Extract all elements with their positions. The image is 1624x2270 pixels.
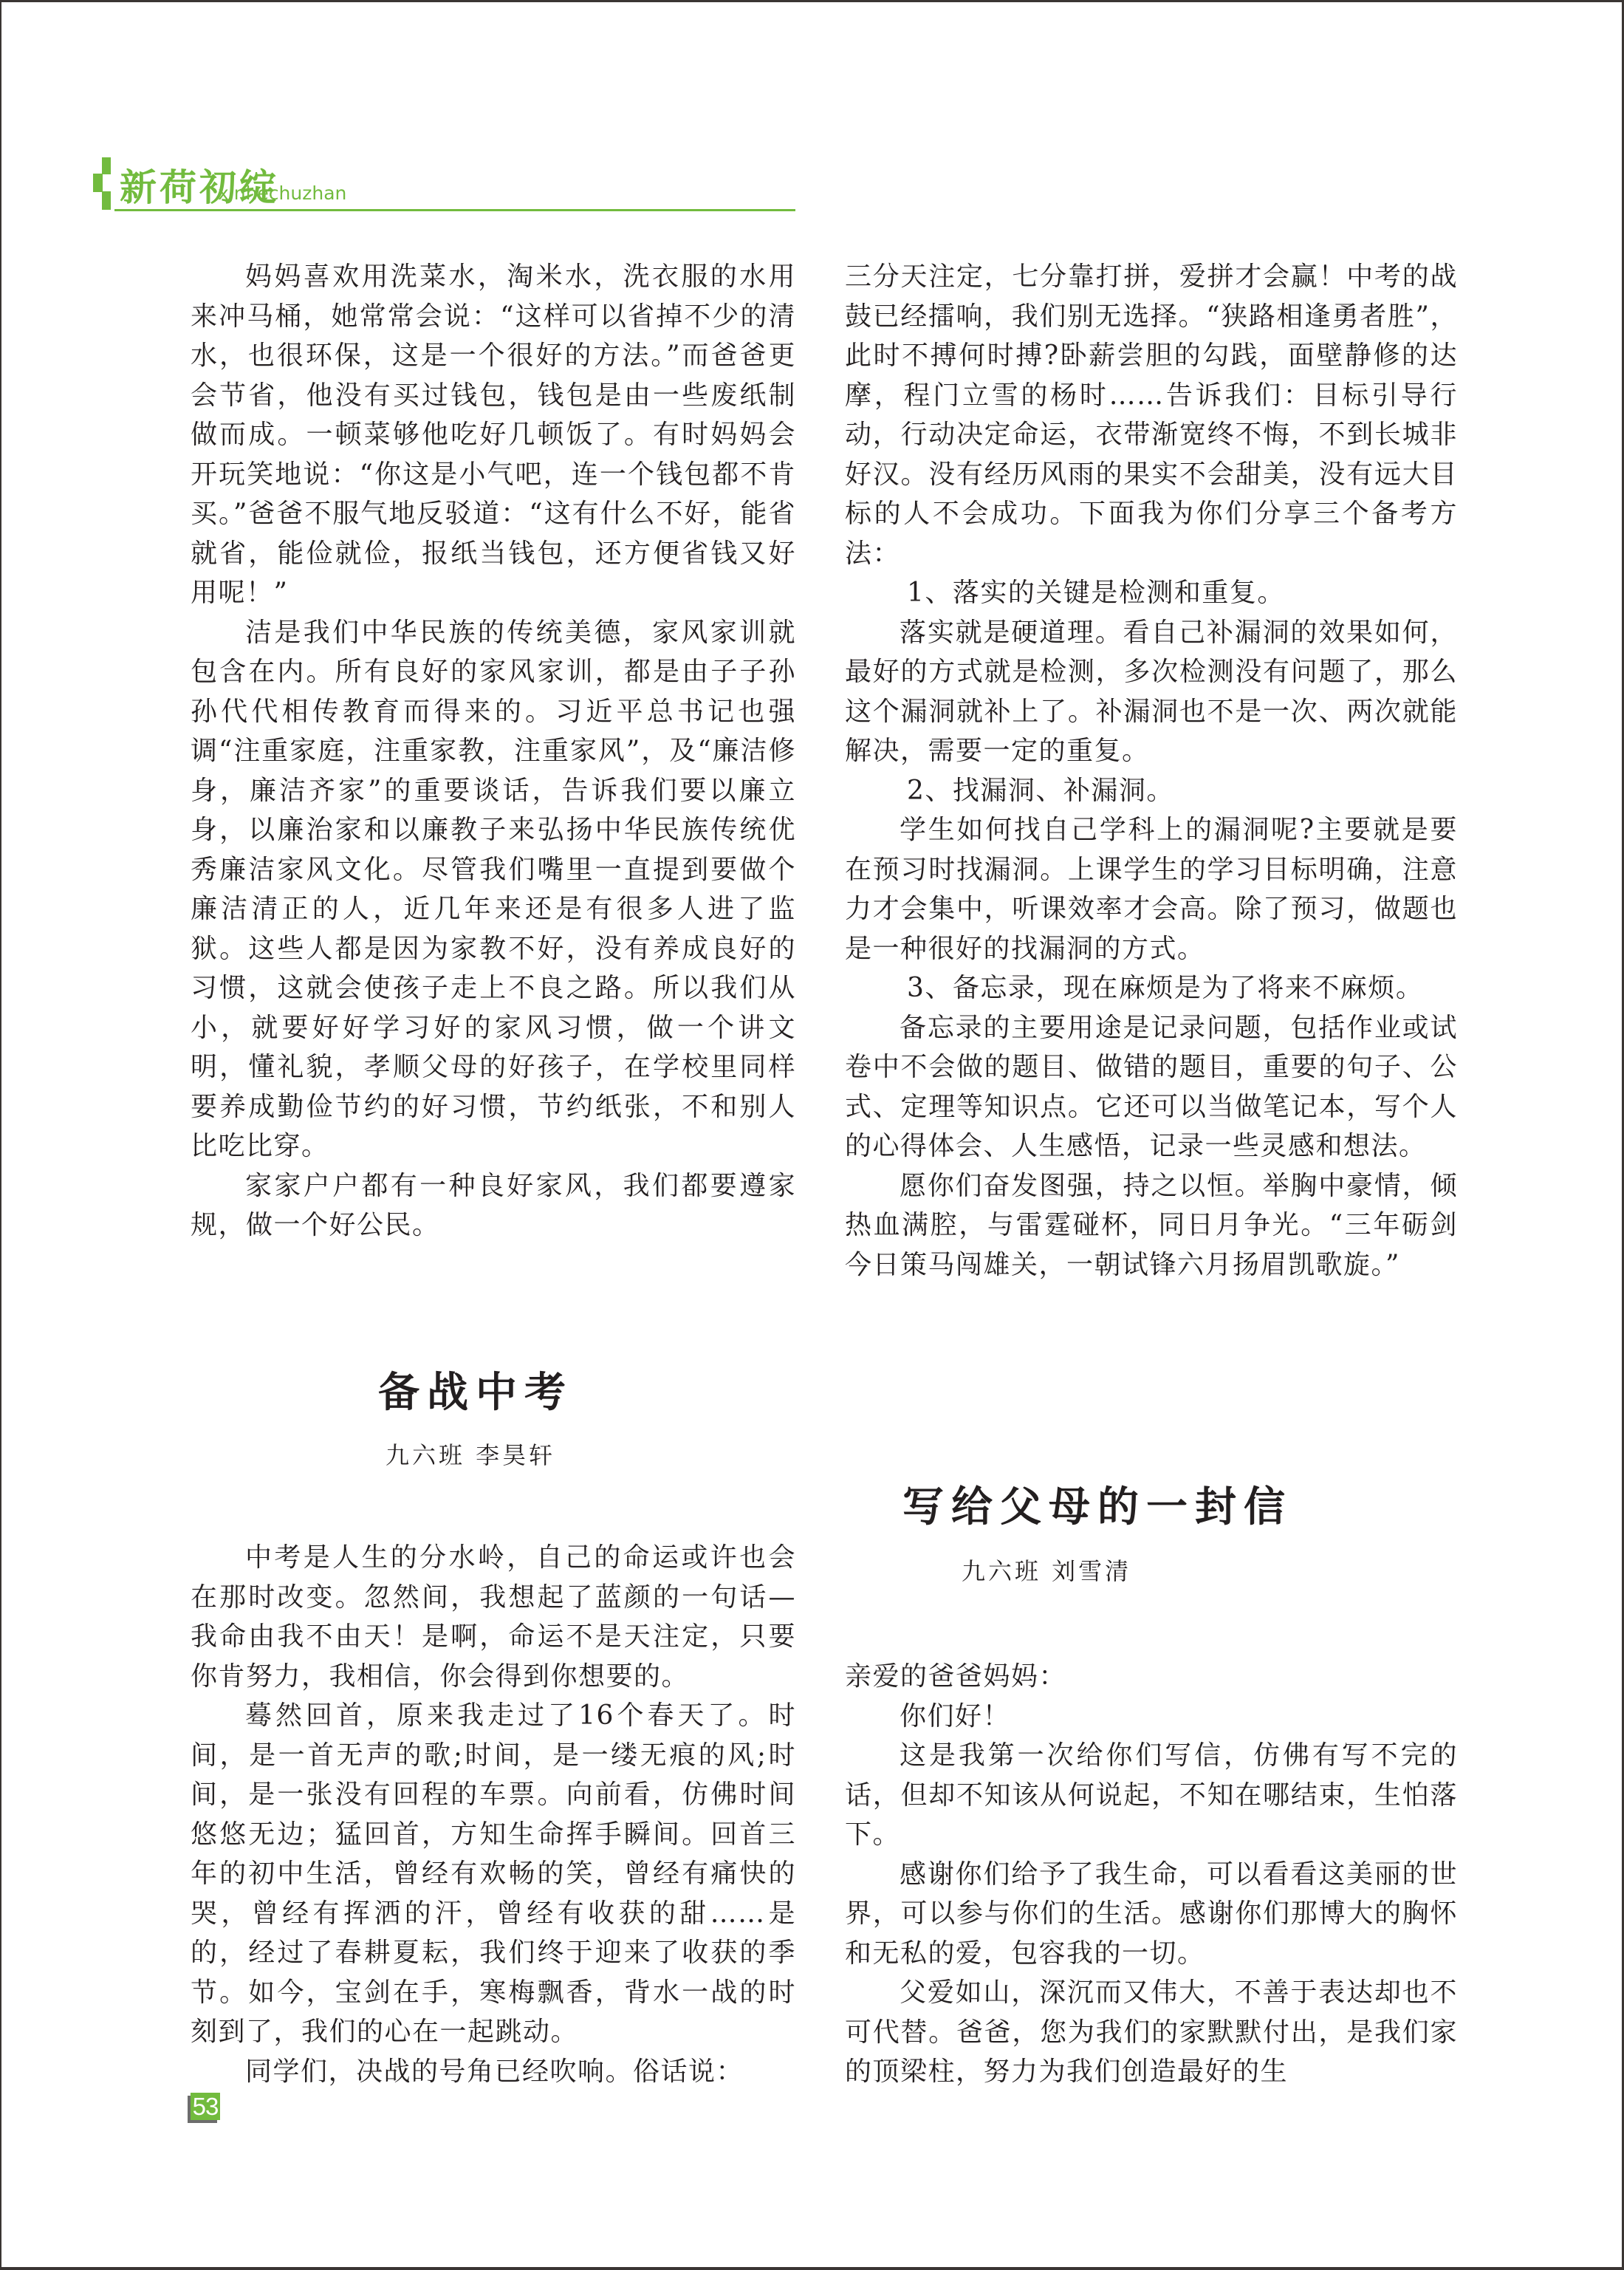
page-number-badge: 53 [191, 2093, 220, 2120]
method-body-1: 落实就是硬道理。看自己补漏洞的效果如何，最好的方式就是检测，多次检测没有问题了，… [845, 613, 1458, 771]
header-divider [114, 209, 795, 211]
paragraph: 同学们，决战的号角已经吹响。俗话说： [191, 2052, 796, 2092]
left-column-continued-article: 妈妈喜欢用洗菜水，淘米水，洗衣服的水用来冲马桶，她常常会说：“这样可以省掉不少的… [191, 257, 796, 1245]
letter-salutation: 亲爱的爸爸妈妈： [845, 1657, 1458, 1697]
right-column-article2-continued: 三分天注定，七分靠打拼，爱拼才会赢！中考的战鼓已经擂响，我们别无选择。“狭路相逢… [845, 257, 1458, 1285]
method-heading-1: 1、落实的关键是检测和重复。 [845, 573, 1458, 613]
method-heading-2: 2、找漏洞、补漏洞。 [845, 771, 1458, 811]
logo-square-bottom [102, 191, 111, 210]
method-body-3: 备忘录的主要用途是记录问题，包括作业或试卷中不会做的题目、做错的题目，重要的句子… [845, 1008, 1458, 1166]
paragraph: 蓦然回首，原来我走过了16个春天了。时间，是一首无声的歌;时间，是一缕无痕的风;… [191, 1696, 796, 2052]
paragraph: 三分天注定，七分靠打拼，爱拼才会赢！中考的战鼓已经擂响，我们别无选择。“狭路相逢… [845, 257, 1458, 573]
paragraph: 中考是人生的分水岭，自己的命运或许也会在那时改变。忽然间，我想起了蓝颜的一句话—… [191, 1538, 796, 1696]
paragraph: 洁是我们中华民族的传统美德，家风家训就包含在内。所有良好的家风家训，都是由子子孙… [191, 613, 796, 1166]
article-author: 九六班 刘雪清 [962, 1556, 1131, 1586]
logo-square-left [93, 174, 103, 192]
right-column-article3-body: 亲爱的爸爸妈妈： 你们好！ 这是我第一次给你们写信，仿佛有写不完的话，但却不知该… [845, 1657, 1458, 2092]
logo-square-top [102, 157, 111, 174]
paragraph: 父爱如山，深沉而又伟大，不善于表达却也不可代替。爸爸，您为我们的家默默付出，是我… [845, 1973, 1458, 2092]
article-title-beizhan-zhongkao: 备战中考 [378, 1367, 573, 1418]
paragraph: 妈妈喜欢用洗菜水，淘米水，洗衣服的水用来冲马桶，她常常会说：“这样可以省掉不少的… [191, 257, 796, 613]
closing-paragraph: 愿你们奋发图强，持之以恒。举胸中豪情，倾热血满腔，与雷霆碰杯，同日月争光。“三年… [845, 1166, 1458, 1285]
section-subtitle: xinhechuzhan [218, 182, 346, 205]
letter-greeting: 你们好！ [845, 1697, 1458, 1737]
left-column-article2-body: 中考是人生的分水岭，自己的命运或许也会在那时改变。忽然间，我想起了蓝颜的一句话—… [191, 1538, 796, 2091]
paragraph: 这是我第一次给你们写信，仿佛有写不完的话，但却不知该从何说起，不知在哪结束，生怕… [845, 1736, 1458, 1855]
paragraph: 家家户户都有一种良好家风，我们都要遵家规，做一个好公民。 [191, 1166, 796, 1245]
article-title-letter-to-parents: 写给父母的一封信 [902, 1481, 1292, 1533]
article-author: 九六班 李昊轩 [386, 1440, 555, 1470]
method-body-2: 学生如何找自己学科上的漏洞呢?主要就是要在预习时找漏洞。上课学生的学习目标明确，… [845, 810, 1458, 968]
method-heading-3: 3、备忘录，现在麻烦是为了将来不麻烦。 [845, 968, 1458, 1008]
paragraph: 感谢你们给予了我生命，可以看看这美丽的世界，可以参与你们的生活。感谢你们那博大的… [845, 1855, 1458, 1974]
